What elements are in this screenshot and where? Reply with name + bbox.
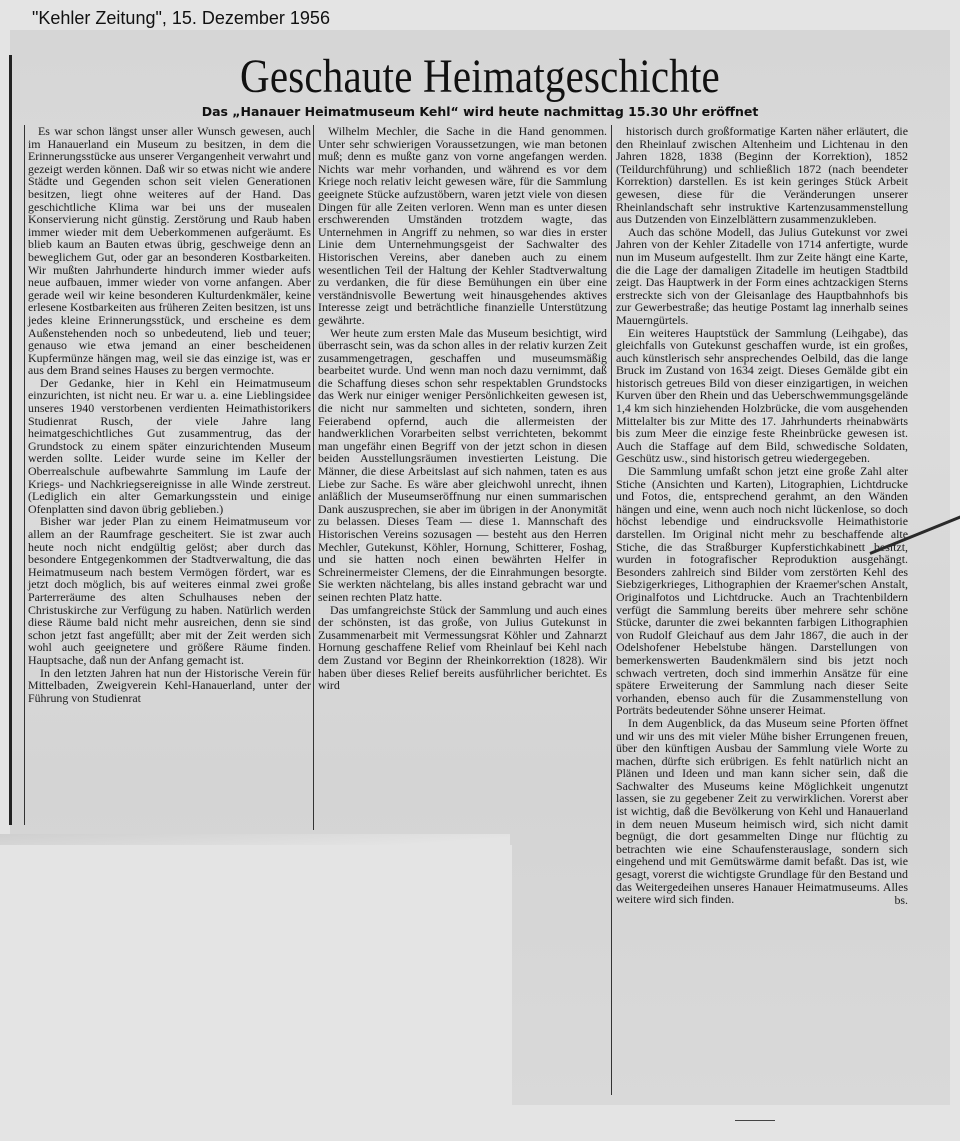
paragraph: In den letzten Jahren hat nun der Histor… <box>28 667 311 705</box>
column-rule <box>313 125 314 830</box>
paragraph: Wilhelm Mechler, die Sache in die Hand g… <box>318 125 607 327</box>
clipping-left-edge <box>9 55 12 825</box>
paragraph: Es war schon längst unser aller Wunsch g… <box>28 125 311 377</box>
article-column-2: Wilhelm Mechler, die Sache in die Hand g… <box>318 125 607 692</box>
paragraph: In dem Augenblick, da das Museum seine P… <box>616 717 908 906</box>
paragraph: Wer heute zum ersten Male das Museum bes… <box>318 327 607 604</box>
headline: Geschaute Heimatgeschichte <box>0 48 960 103</box>
paragraph: Auch das schöne Modell, das Julius Gutek… <box>616 226 908 327</box>
end-rule <box>735 1120 775 1121</box>
paragraph: Ein weiteres Hauptstück der Sammlung (Le… <box>616 327 908 466</box>
article-column-3: historisch durch großformatige Karten nä… <box>616 125 908 906</box>
source-caption: "Kehler Zeitung", 15. Dezember 1956 <box>32 8 330 29</box>
paragraph: Das umfangreichste Stück der Sammlung un… <box>318 604 607 692</box>
column-rule <box>24 125 25 825</box>
article-column-1: Es war schon längst unser aller Wunsch g… <box>28 125 311 704</box>
paragraph: Bisher war jeder Plan zu einem Heimatmus… <box>28 515 311 666</box>
paragraph: Die Sammlung umfaßt schon jetzt eine gro… <box>616 465 908 717</box>
column-rule <box>611 125 612 1095</box>
blank-area <box>0 845 512 1141</box>
paragraph: historisch durch großformatige Karten nä… <box>616 125 908 226</box>
paragraph: Der Gedanke, hier in Kehl ein Heimatmuse… <box>28 377 311 516</box>
subheadline: Das „Hanauer Heimatmuseum Kehl“ wird heu… <box>0 104 960 119</box>
signature-text: bs. <box>894 893 908 907</box>
